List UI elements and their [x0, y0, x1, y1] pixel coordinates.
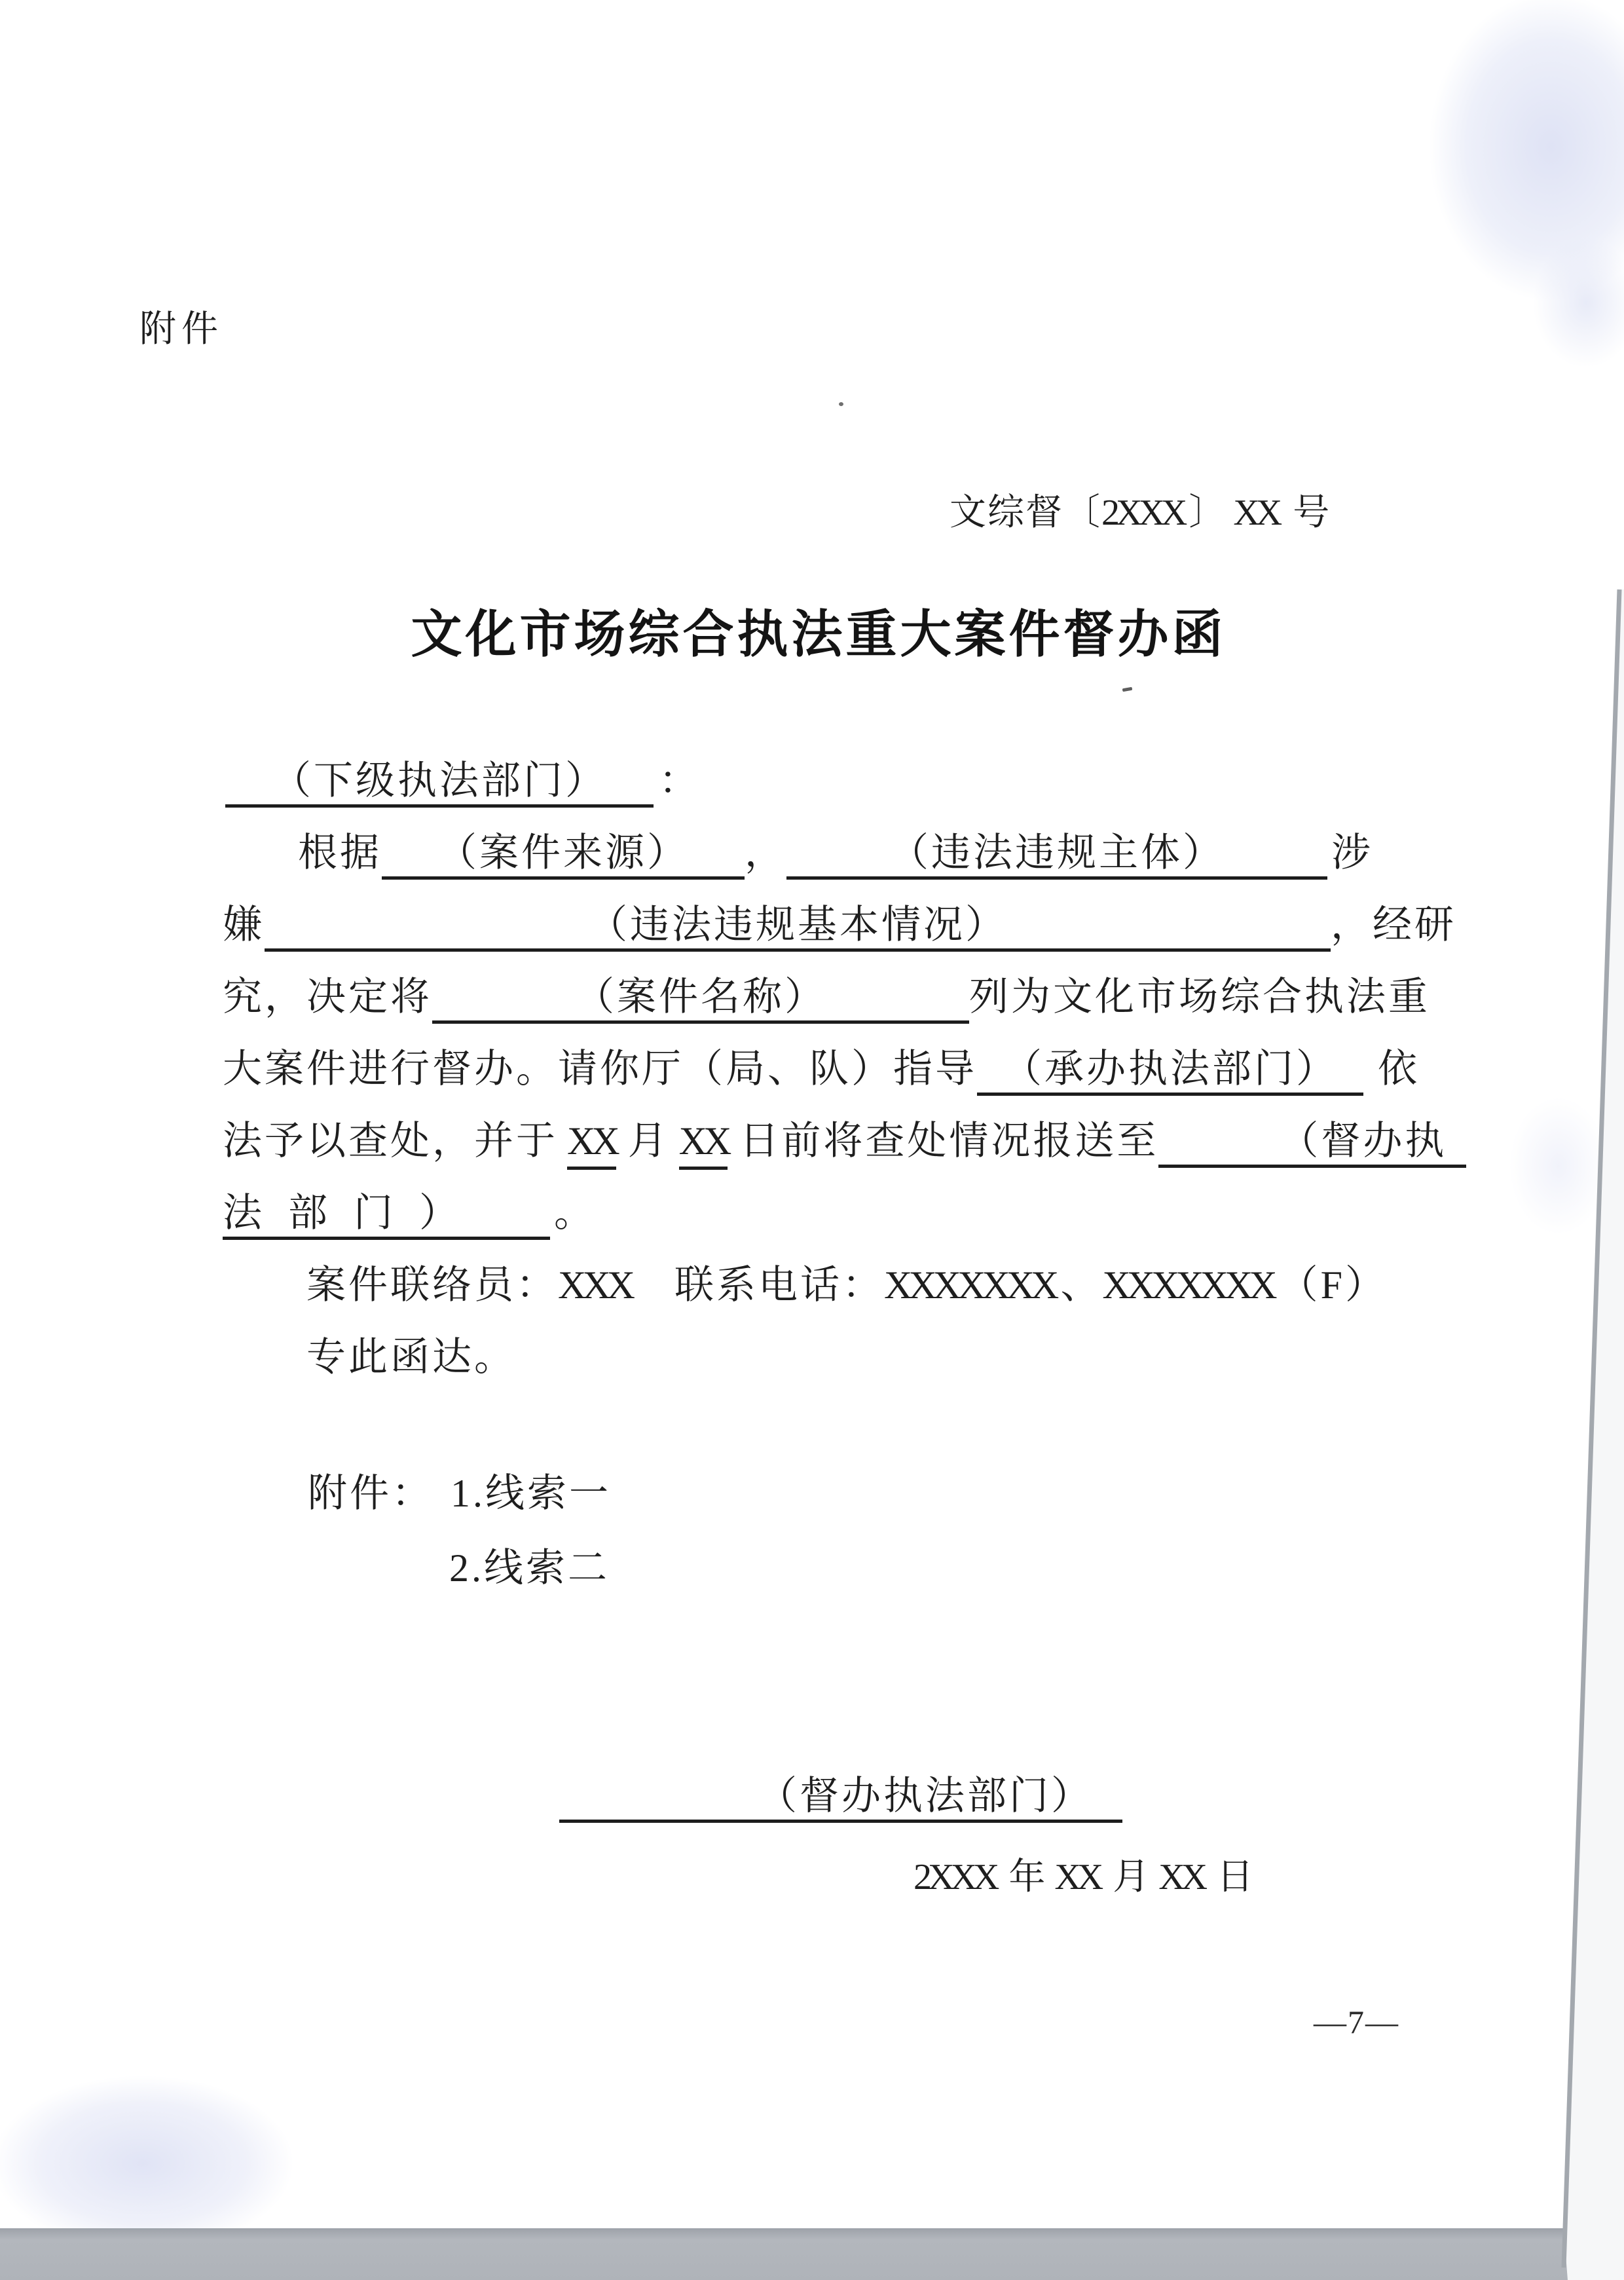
doc-number-prefix: 文综督〔	[950, 493, 1101, 533]
doc-number-serial: XX	[1233, 493, 1278, 533]
signature-department-text: （督办执法部门）	[758, 1774, 1093, 1818]
body-line-6: 法予以查处，并于XX月XX日前将查处情况报送至（督办执	[223, 1121, 1466, 1168]
body-line-closing: 专此函达。	[306, 1337, 516, 1377]
scanned-document-page: { "page": { "attachment_marker": "附件", "…	[0, 0, 1624, 2280]
l4-text-1: 究，决定将	[223, 975, 432, 1019]
signature-date: 2XXX年XX月XX日	[913, 1859, 1255, 1896]
l5-blank-text: （承办执法部门）	[1003, 1047, 1338, 1091]
l6-day-blank: XX	[679, 1119, 728, 1170]
salutation-blank-text: （下级执法部门）	[272, 759, 607, 802]
date-month-value: XX	[1054, 1857, 1099, 1897]
l7-blank-text: 法部门）	[223, 1191, 485, 1235]
doc-number-bracket: 〕	[1189, 493, 1227, 533]
l2-blank-text: （案件来源）	[437, 831, 689, 874]
document-text-layer: 附件 文综督〔2XXX〕XX号 文化市场综合执法重大案件督办函 （下级执法部门）…	[0, 0, 1624, 2280]
page-title: 文化市场综合执法重大案件督办函	[0, 593, 1624, 667]
l6-blank-text: （督办执	[1279, 1119, 1447, 1163]
attachment-item-1: 1.线索一	[451, 1472, 611, 1515]
l3-text-1: 嫌	[223, 903, 265, 946]
body-line-contact: 案件联络员：XXX联系电话：XXXXXXX、XXXXXXX（F）	[306, 1265, 1387, 1305]
l2-comma: ，	[745, 831, 786, 874]
body-line-5: 大案件进行督办。请你厅（局、队）指导（承办执法部门）依	[223, 1049, 1420, 1096]
date-month-unit: 月	[1113, 1857, 1151, 1897]
l2-text-2: 涉	[1331, 831, 1373, 874]
l2-blank-case-source: （案件来源）	[382, 833, 745, 880]
l3-blank-text: （违法违规基本情况）	[588, 903, 1007, 946]
signature-department-blank: （督办执法部门）	[559, 1776, 1122, 1823]
date-year-value: 2XXX	[913, 1857, 995, 1897]
l6-month-blank: XX	[567, 1119, 616, 1170]
salutation-colon: ：	[659, 759, 701, 802]
l6-blank-supervising-dept-start: （督办执	[1158, 1121, 1466, 1168]
doc-number-year: 2XXX	[1101, 493, 1183, 533]
contact-name: XXX	[558, 1263, 631, 1307]
l2-text-1: 根据	[298, 831, 382, 874]
doc-number: 文综督〔2XXX〕XX号	[950, 495, 1331, 531]
l4-text-2: 列为文化市场综合执法重	[969, 975, 1430, 1019]
date-year-unit: 年	[1008, 1857, 1046, 1897]
doc-number-suffix: 号	[1293, 493, 1331, 533]
phone-label: 联系电话：	[674, 1263, 884, 1307]
body-line-4: 究，决定将（案件名称）列为文化市场综合执法重	[223, 977, 1430, 1024]
l2-blank-violating-subject: （违法违规主体）	[786, 833, 1327, 880]
l5-text-1: 大案件进行督办。请你厅（局、队）指导	[223, 1047, 977, 1091]
l3-text-2: ，经研	[1331, 903, 1456, 946]
l4-blank-text: （案件名称）	[575, 975, 826, 1019]
body-line-2: 根据（案件来源），（违法违规主体）涉	[298, 833, 1373, 880]
l5-blank-handling-department: （承办执法部门）	[977, 1049, 1363, 1096]
date-day-value: XX	[1158, 1857, 1204, 1897]
l2-blank2-text: （违法违规主体）	[889, 831, 1225, 874]
body-line-salutation: （下级执法部门）：	[225, 761, 701, 808]
page-number: —7—	[1314, 2006, 1399, 2038]
body-line-7: 法部门）。	[223, 1193, 596, 1240]
l6-text-3: 日前将查处情况报送至	[739, 1119, 1158, 1163]
attachment-list-line-1: 附件：1.线索一	[308, 1474, 611, 1513]
phone-number-1: XXXXXXX	[884, 1263, 1055, 1307]
l7-period: 。	[554, 1191, 596, 1235]
signature-department-line: （督办执法部门）	[559, 1776, 1122, 1823]
attachment-list-line-2: 2.线索二	[449, 1548, 610, 1588]
l4-blank-case-name: （案件名称）	[432, 977, 969, 1024]
phone-separator: 、	[1060, 1263, 1102, 1307]
body-line-3: 嫌（违法违规基本情况），经研	[223, 905, 1456, 952]
phone-number-2: XXXXXXX	[1102, 1263, 1273, 1307]
l6-text-1: 法予以查处，并于	[223, 1119, 558, 1163]
l7-blank-supervising-dept-end: 法部门）	[223, 1193, 550, 1240]
attachment-marker: 附件	[139, 311, 223, 348]
contact-label: 案件联络员：	[306, 1263, 558, 1307]
l6-text-2: 月	[628, 1119, 670, 1163]
attachment-list-label: 附件：	[308, 1472, 434, 1515]
date-day-unit: 日	[1217, 1857, 1255, 1897]
l5-text-2: 依	[1378, 1047, 1420, 1091]
salutation-blank: （下级执法部门）	[225, 761, 654, 808]
phone-fax-mark: （F）	[1279, 1263, 1387, 1307]
l3-blank-violation-details: （违法违规基本情况）	[265, 905, 1331, 952]
